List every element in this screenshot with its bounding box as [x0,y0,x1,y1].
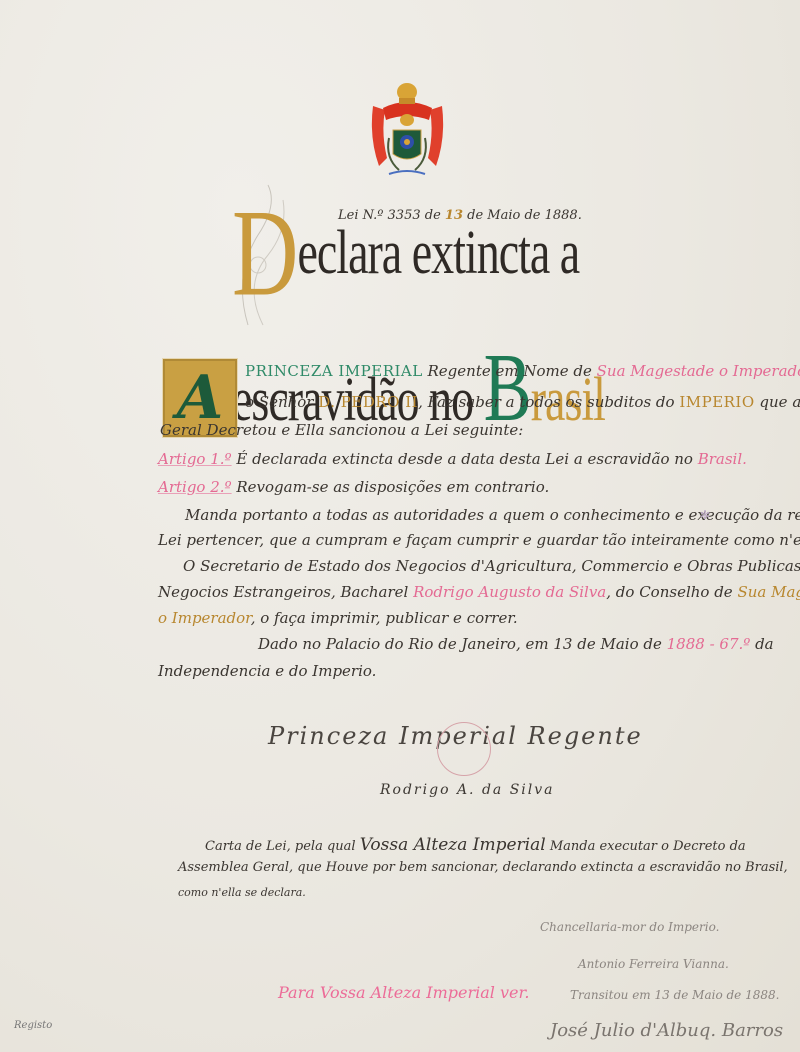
registry-line-3: Transitou em 13 de Maio de 1888. [570,988,779,1002]
body-line-3: Geral Decretou e Ella sancionou a Lei se… [160,421,523,439]
margin-mark: Registo [14,1020,52,1031]
flower-mark-icon: ✻ [700,508,710,522]
closing-line-3: como n'ella se declara. [178,886,306,899]
body-line-7: Lei pertencer, que a cumpram e façam cum… [158,531,800,549]
registry-line-2: Antonio Ferreira Vianna. [578,957,729,971]
registry-line-1: Chancellaria-mor do Imperio. [540,920,719,934]
body-line-12: Independencia e do Imperio. [158,662,376,680]
closing-line-2: Assemblea Geral, que Houve por bem sanci… [178,860,788,875]
registry-signature: José Julio d'Albuq. Barros [550,1020,783,1041]
document-title: Declara extincta a escravidão no Brasil [232,185,622,327]
addressee-line: Para Vossa Alteza Imperial ver. [278,983,529,1002]
body-line-2: o Senhor D. PEDRO II, Faz saber a todos … [245,393,800,411]
body-line-11: Dado no Palacio do Rio de Janeiro, em 13… [258,635,774,653]
closing-line-1: Carta de Lei, pela qual Vossa Alteza Imp… [205,835,746,855]
body-line-1: PRINCEZA IMPERIAL Regente em Nome de Sua… [245,362,800,380]
article-2: Artigo 2.º Revogam-se as disposições em … [158,478,549,496]
body-line-10: o Imperador, o faça imprimir, publicar e… [158,609,518,627]
coat-of-arms-icon [365,78,450,186]
red-seal-stamp [437,722,491,776]
minister-signature: Rodrigo A. da Silva [380,782,555,798]
article-1: Artigo 1.º É declarada extincta desde a … [158,450,747,468]
body-line-8: O Secretario de Estado dos Negocios d'Ag… [183,557,800,575]
law-document: Lei N.º 3353 de 13 de Maio de 1888. Decl… [0,0,800,1052]
body-line-9: Negocios Estrangeiros, Bacharel Rodrigo … [158,583,800,601]
